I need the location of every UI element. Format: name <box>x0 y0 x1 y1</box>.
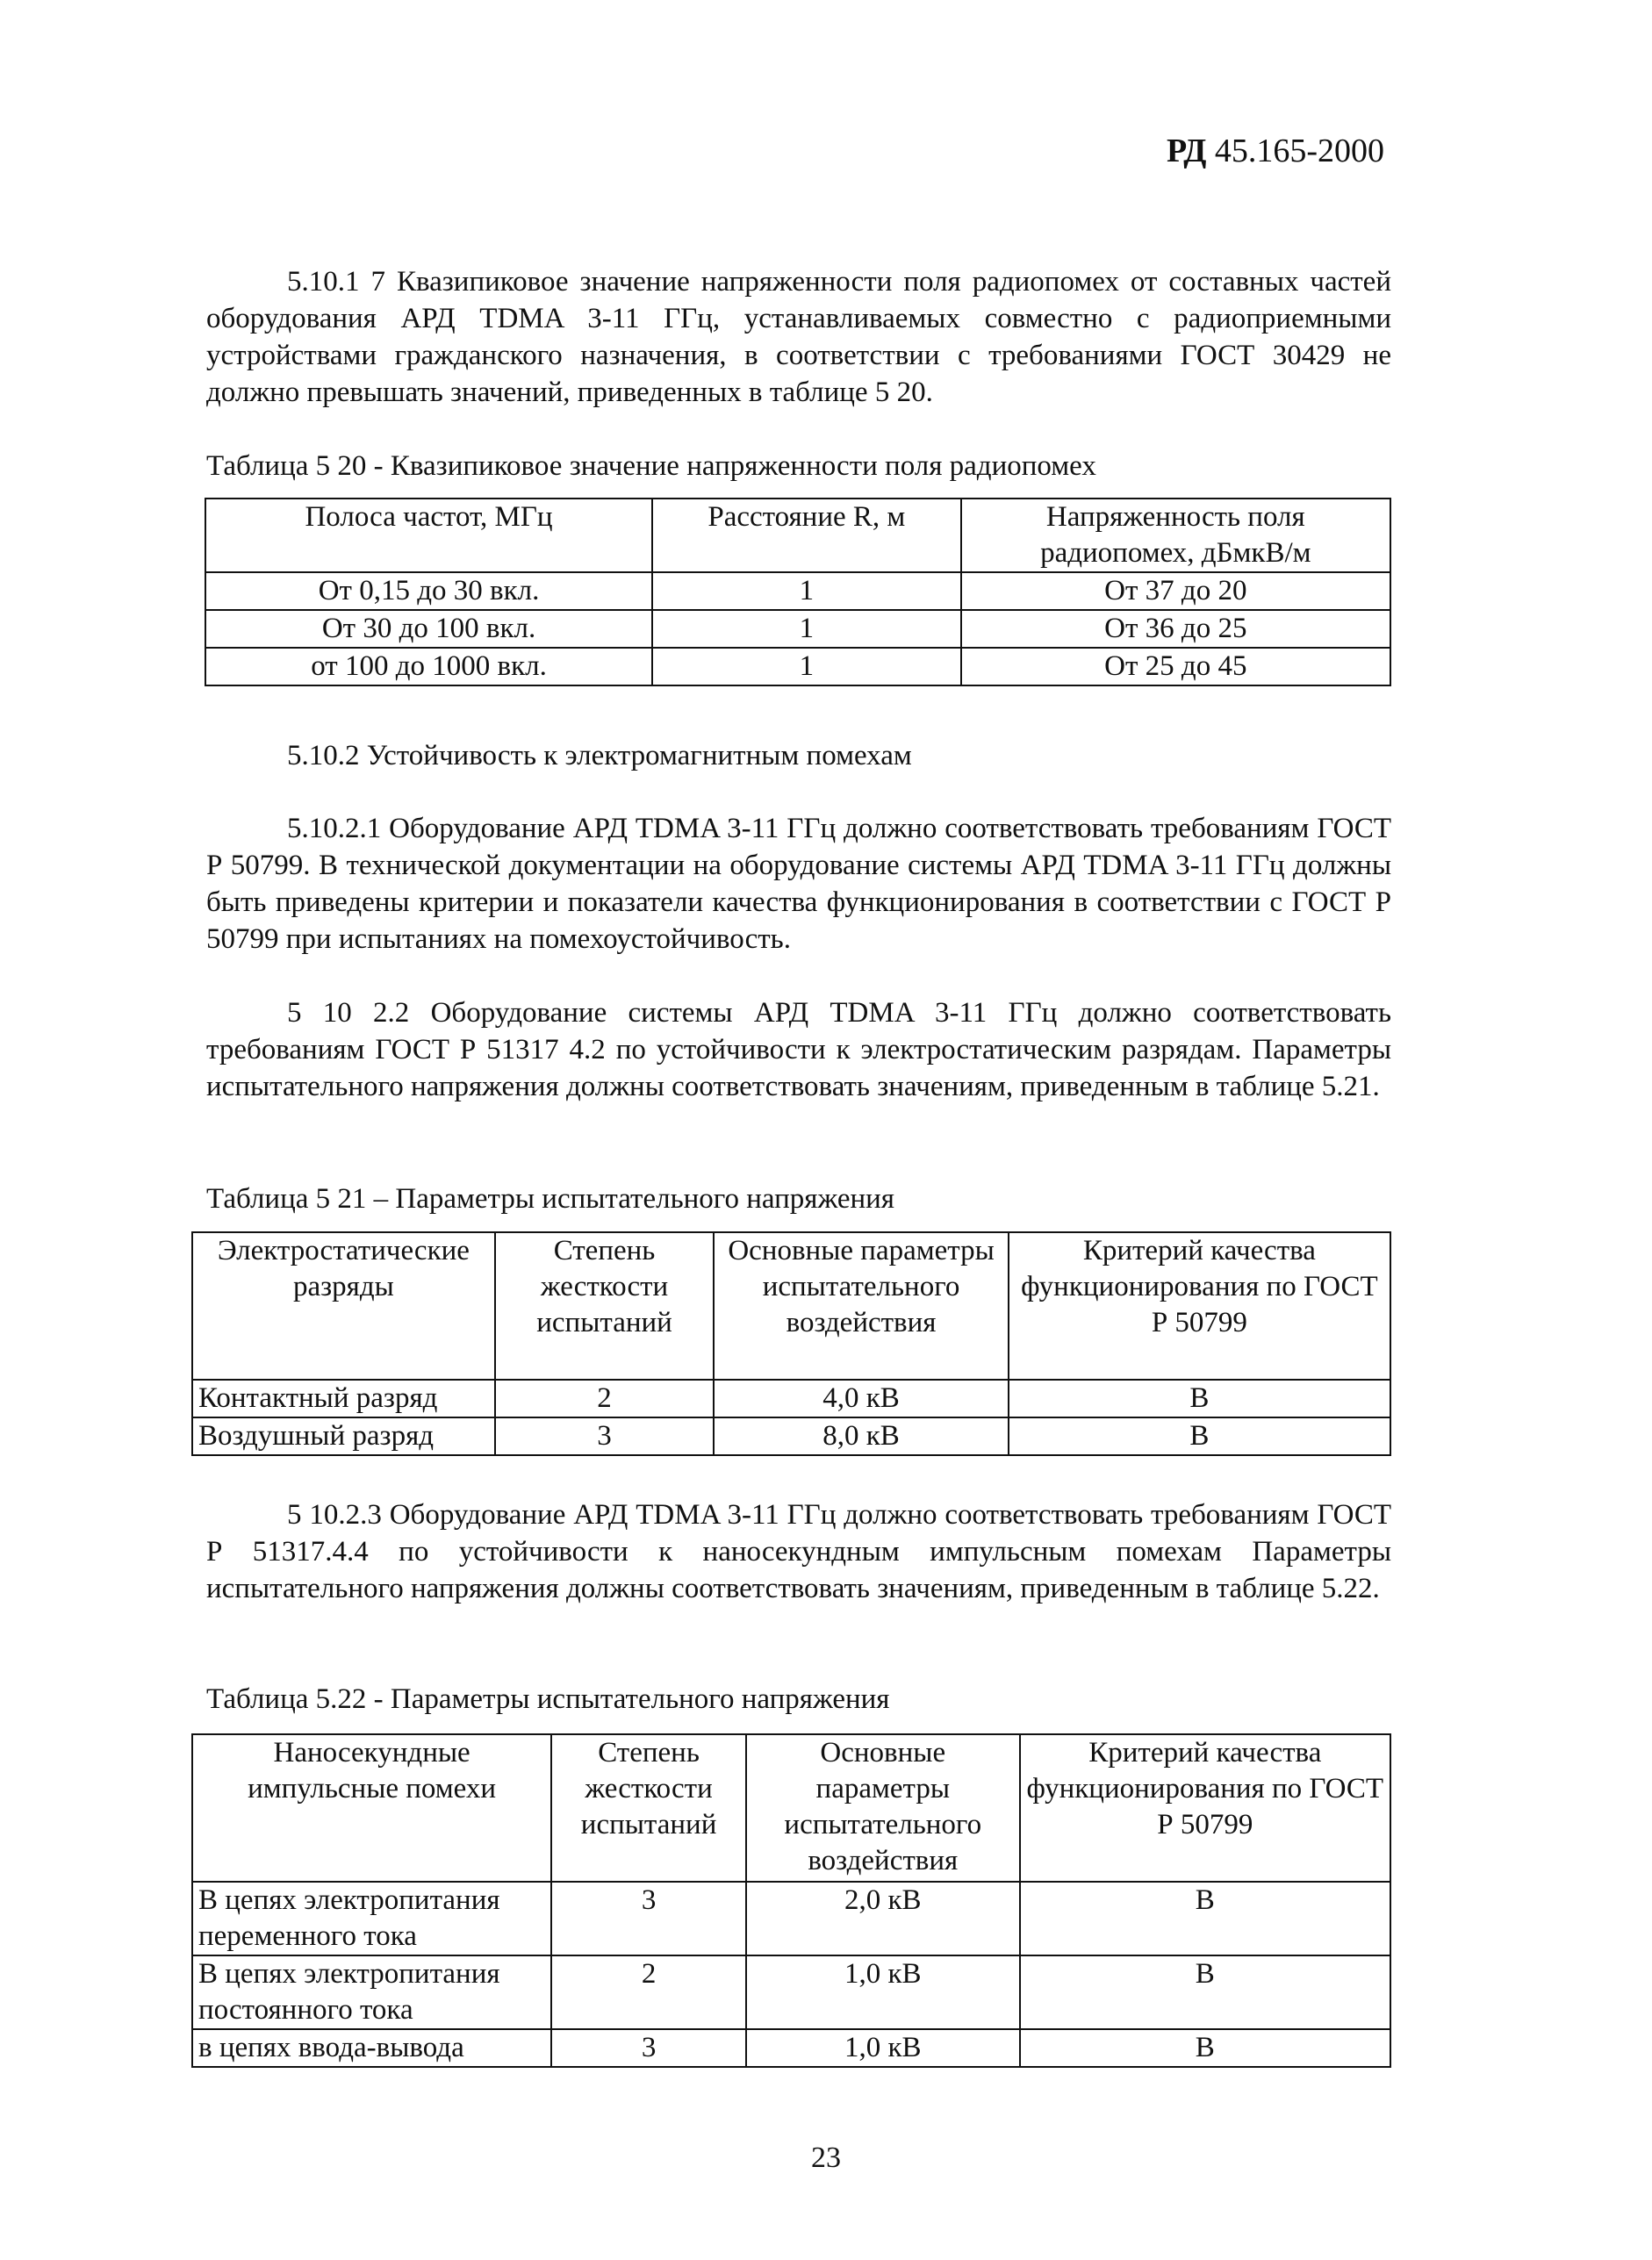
table-row: Воздушный разряд 3 8,0 кВ В <box>192 1417 1390 1455</box>
table-cell: От 0,15 до 30 вкл. <box>205 572 652 610</box>
table-cell: В цепях электропитания переменного тока <box>192 1882 551 1955</box>
table-cell: 2 <box>495 1380 715 1417</box>
table-cell: 1,0 кВ <box>746 2029 1020 2067</box>
table-cell: 2,0 кВ <box>746 1882 1020 1955</box>
table-cell: В <box>1009 1417 1390 1455</box>
header-cell: Критерий качества функционирования по ГО… <box>1020 1734 1390 1882</box>
table-cell: Воздушный разряд <box>192 1417 495 1455</box>
table-row: От 0,15 до 30 вкл. 1 От 37 до 20 <box>205 572 1390 610</box>
table-cell: От 36 до 25 <box>961 610 1390 648</box>
table-row: Контактный разряд 2 4,0 кВ В <box>192 1380 1390 1417</box>
table-cell: 3 <box>495 1417 715 1455</box>
table-cell: 2 <box>551 1955 746 2029</box>
table-cell: В <box>1020 1955 1390 2029</box>
table-cell: В <box>1009 1380 1390 1417</box>
table-cell: 1 <box>652 572 961 610</box>
table-cell: От 30 до 100 вкл. <box>205 610 652 648</box>
table-cell: Контактный разряд <box>192 1380 495 1417</box>
table-5-20-caption: Таблица 5 20 - Квазипиковое значение нап… <box>206 448 1096 484</box>
table-5-21-caption: Таблица 5 21 – Параметры испытательного … <box>206 1180 894 1217</box>
table-cell: 3 <box>551 2029 746 2067</box>
paragraph-5-10-2-3: 5 10.2.3 Оборудование АРД TDMA 3-11 ГГц … <box>206 1496 1391 1607</box>
header-cell: Полоса частот, МГц <box>205 499 652 572</box>
table-header-row: Полоса частот, МГц Расстояние R, м Напря… <box>205 499 1390 572</box>
table-5-22: Наносекундные импульсные помехи Степень … <box>191 1733 1391 2068</box>
table-cell: от 100 до 1000 вкл. <box>205 648 652 685</box>
header-cell: Критерий качества функционирования по ГО… <box>1009 1232 1390 1380</box>
document-page: РД 45.165-2000 5.10.1 7 Квазипиковое зна… <box>0 0 1652 2260</box>
header-cell: Напряженность поля радиопомех, дБмкВ/м <box>961 499 1390 572</box>
table-cell: В <box>1020 2029 1390 2067</box>
document-code-header: РД 45.165-2000 <box>1167 132 1384 170</box>
header-cell: Расстояние R, м <box>652 499 961 572</box>
table-row: В цепях электропитания переменного тока … <box>192 1882 1390 1955</box>
table-header-row: Электростатические разряды Степень жестк… <box>192 1232 1390 1380</box>
header-cell: Основные параметры испытательного воздей… <box>746 1734 1020 1882</box>
table-cell: в цепях ввода-вывода <box>192 2029 551 2067</box>
document-code-number: 45.165-2000 <box>1215 133 1384 169</box>
table-cell: 1 <box>652 648 961 685</box>
header-cell: Основные параметры испытательного воздей… <box>714 1232 1008 1380</box>
table-row: от 100 до 1000 вкл. 1 От 25 до 45 <box>205 648 1390 685</box>
paragraph-5-10-2-1: 5.10.2.1 Оборудование АРД TDMA 3-11 ГГц … <box>206 810 1391 958</box>
table-row: От 30 до 100 вкл. 1 От 36 до 25 <box>205 610 1390 648</box>
section-heading-5-10-2: 5.10.2 Устойчивость к электромагнитным п… <box>206 737 1391 774</box>
table-cell: От 25 до 45 <box>961 648 1390 685</box>
table-cell: 3 <box>551 1882 746 1955</box>
header-cell: Электростатические разряды <box>192 1232 495 1380</box>
paragraph-5-10-2-2: 5 10 2.2 Оборудование системы АРД TDMA 3… <box>206 994 1391 1105</box>
table-row: В цепях электропитания постоянного тока … <box>192 1955 1390 2029</box>
table-5-22-caption: Таблица 5.22 - Параметры испытательного … <box>206 1681 889 1718</box>
page-number: 23 <box>0 2142 1652 2175</box>
table-cell: 4,0 кВ <box>714 1380 1008 1417</box>
table-cell: 1 <box>652 610 961 648</box>
table-cell: От 37 до 20 <box>961 572 1390 610</box>
header-cell: Степень жесткости испытаний <box>551 1734 746 1882</box>
table-cell: В <box>1020 1882 1390 1955</box>
table-5-20: Полоса частот, МГц Расстояние R, м Напря… <box>205 498 1391 686</box>
paragraph-5-10-1-7: 5.10.1 7 Квазипиковое значение напряженн… <box>206 263 1391 411</box>
table-5-21: Электростатические разряды Степень жестк… <box>191 1231 1391 1456</box>
header-cell: Наносекундные импульсные помехи <box>192 1734 551 1882</box>
document-code-prefix: РД <box>1167 133 1206 169</box>
table-cell: 8,0 кВ <box>714 1417 1008 1455</box>
table-row: в цепях ввода-вывода 3 1,0 кВ В <box>192 2029 1390 2067</box>
header-cell: Степень жесткости испытаний <box>495 1232 715 1380</box>
table-header-row: Наносекундные импульсные помехи Степень … <box>192 1734 1390 1882</box>
table-cell: В цепях электропитания постоянного тока <box>192 1955 551 2029</box>
table-cell: 1,0 кВ <box>746 1955 1020 2029</box>
